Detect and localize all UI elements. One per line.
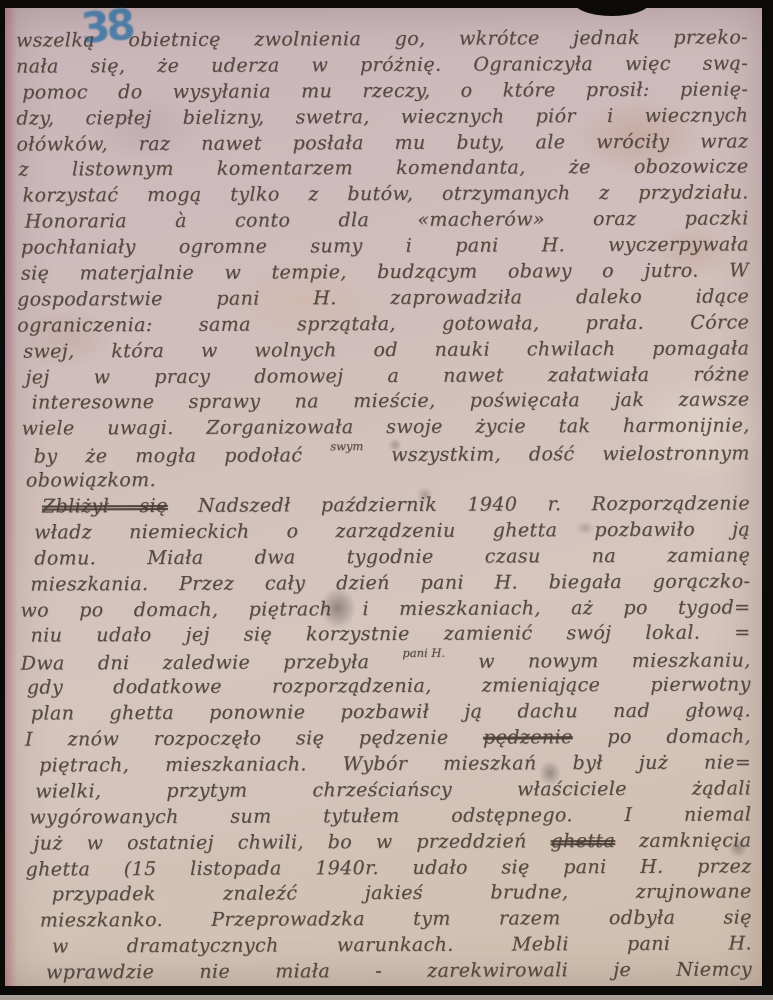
- handwritten-text: mieszkania. Przez cały dzień pani H. bie…: [30, 570, 750, 595]
- handwritten-text: po domach,: [573, 725, 751, 748]
- handwritten-text: gdy dodatkowe rozporządzenia, zmieniając…: [27, 674, 751, 699]
- inserted-text: swym: [330, 441, 363, 451]
- handwritten-text: wo po domach, piętrach i mieszkaniach, a…: [20, 596, 750, 621]
- handwritten-text: piętrach, mieszkaniach. Wybór mieszkań b…: [39, 751, 751, 776]
- manuscript-line: wygórowanych sum tytułem odstępnego. I n…: [19, 802, 751, 831]
- photo-bottom-edge: [0, 995, 773, 1000]
- handwritten-text: wszystkim, dość wielostronnym: [363, 443, 749, 467]
- handwritten-text: obowiązkom.: [26, 469, 156, 492]
- manuscript-page: 38 wszelką obietnicę zwolnienia go, wkró…: [5, 8, 762, 986]
- handwritten-text: już w ostatniej chwili, bo w przeddzień: [33, 830, 550, 854]
- handwritten-text: wszelką obietnicę zwolnienia go, wkrótce…: [16, 26, 748, 51]
- manuscript-line: domu. Miała dwa tygodnie czasu na zamian…: [18, 543, 750, 572]
- manuscript-line: mieszkanko. Przeprowadzka tym razem odby…: [20, 906, 752, 935]
- struck-text: ghetta: [550, 830, 615, 852]
- handwritten-text: Dwa dni zaledwie przebyła: [21, 651, 403, 675]
- manuscript-line: wszelką obietnicę zwolnienia go, wkrótce…: [16, 25, 748, 54]
- manuscript-line: pochłaniały ogromne sumy i pani H. wycze…: [17, 233, 749, 262]
- handwritten-text: nała się, że uderza w próżnię. Ograniczy…: [16, 52, 748, 77]
- manuscript-line: korzystać mogą tylko z butów, otrzymanyc…: [17, 181, 749, 210]
- handwritten-text: przypadek znaleźć jakieś brudne, zrujnow…: [52, 881, 752, 906]
- manuscript-line: plan ghetta ponownie pozbawił ją dachu n…: [19, 699, 751, 728]
- manuscript-line: już w ostatniej chwili, bo w przeddzień …: [19, 828, 751, 857]
- manuscript-line: dzy, ciepłej bielizny, swetra, wiecznych…: [16, 103, 748, 132]
- handwritten-text: dzy, ciepłej bielizny, swetra, wiecznych…: [16, 104, 748, 129]
- manuscript-line: ograniczenia: sama sprzątała, gotowała, …: [17, 310, 749, 339]
- manuscript-line: się materjalnie w tempie, budzącym obawy…: [17, 258, 749, 287]
- struck-text: Zbliżył się: [42, 495, 168, 518]
- manuscript-line: przypadek znaleźć jakieś brudne, zrujnow…: [20, 880, 752, 909]
- handwritten-text: w nowym mieszkaniu,: [445, 650, 751, 673]
- manuscript-line: pomoc do wysyłania mu rzeczy, o które pr…: [16, 77, 748, 106]
- handwritten-text: gospodarstwie pani H. zaprowadziła dalek…: [17, 285, 749, 310]
- manuscript-line: jej w pracy domowej a nawet załatwiała r…: [17, 362, 749, 391]
- handwritten-text: się materjalnie w tempie, budzącym obawy…: [21, 259, 749, 284]
- handwritten-text: ograniczenia: sama sprzątała, gotowała, …: [17, 311, 749, 336]
- manuscript-line: Honoraria à conto dla «macherów» oraz pa…: [17, 207, 749, 236]
- handwritten-text: zamknięcia: [615, 829, 751, 852]
- handwritten-text: pomoc do wysyłania mu rzeczy, o które pr…: [22, 78, 748, 103]
- manuscript-line: ołówków, raz nawet posłała mu buty, ale …: [16, 129, 748, 158]
- handwritten-text: z listownym komentarzem komendanta, że o…: [18, 156, 748, 181]
- manuscript-line: wiele uwagi. Zorganizowała swoje życie t…: [18, 414, 750, 443]
- manuscript-line: mieszkania. Przez cały dzień pani H. bie…: [18, 569, 750, 598]
- handwritten-text: swej, która w wolnych od nauki chwilach …: [23, 337, 749, 362]
- paper-edge-tint: [5, 8, 17, 986]
- manuscript-line: w dramatycznych warunkach. Mebli pani H.: [20, 932, 752, 961]
- manuscript-line: Zbliżył się Nadszedł październik 1940 r.…: [18, 491, 750, 520]
- handwritten-text: wprawdzie nie miała - zarekwirowali je N…: [46, 958, 752, 983]
- manuscript-line: wo po domach, piętrach i mieszkaniach, a…: [18, 595, 750, 624]
- manuscript-line: ghetta (15 listopada 1940r. udało się pa…: [20, 854, 752, 883]
- manuscript-line: wielki, przytym chrześciańscy właściciel…: [19, 776, 751, 805]
- photo-background: 38 wszelką obietnicę zwolnienia go, wkró…: [0, 0, 773, 1000]
- handwritten-text: korzystać mogą tylko z butów, otrzymanyc…: [23, 182, 749, 207]
- handwritten-text: ołówków, raz nawet posłała mu buty, ale …: [16, 130, 748, 155]
- manuscript-line: niu udało jej się korzystnie zamienić sw…: [19, 621, 751, 650]
- handwritten-text: jej w pracy domowej a nawet załatwiała r…: [25, 363, 749, 388]
- manuscript-text: wszelką obietnicę zwolnienia go, wkrótce…: [16, 25, 752, 986]
- handwritten-text: wygórowanych sum tytułem odstępnego. I n…: [29, 803, 751, 828]
- manuscript-line: gdy dodatkowe rozporządzenia, zmieniając…: [19, 673, 751, 702]
- handwritten-text: by że mogła podołać: [34, 444, 331, 467]
- handwritten-text: wielki, przytym chrześciańscy właściciel…: [35, 777, 751, 802]
- handwritten-text: Nadszedł październik 1940 r. Rozporządze…: [168, 492, 750, 517]
- handwritten-text: I znów rozpoczęło się pędzenie: [25, 727, 483, 751]
- handwritten-text: interesowne sprawy na mieście, poświęcał…: [31, 389, 749, 414]
- handwritten-text: wiele uwagi. Zorganizowała swoje życie t…: [22, 415, 750, 440]
- handwritten-text: władz niemieckich o zarządzeniu ghetta p…: [34, 518, 750, 543]
- handwritten-text: ghetta (15 listopada 1940r. udało się pa…: [26, 855, 752, 880]
- handwritten-text: niu udało jej się korzystnie zamienić sw…: [31, 622, 751, 647]
- handwritten-text: Honoraria à conto dla «macherów» oraz pa…: [25, 208, 749, 233]
- manuscript-line: swej, która w wolnych od nauki chwilach …: [17, 336, 749, 365]
- handwritten-text: pochłaniały ogromne sumy i pani H. wycze…: [21, 234, 749, 259]
- manuscript-line: obowiązkom.: [18, 466, 750, 495]
- manuscript-line: Dwa dni zaledwie przebyła pani H. w nowy…: [19, 647, 751, 676]
- inserted-text: pani H.: [402, 648, 445, 658]
- manuscript-line: władz niemieckich o zarządzeniu ghetta p…: [18, 517, 750, 546]
- manuscript-line: I znów rozpoczęło się pędzenie pędzenie …: [19, 724, 751, 753]
- manuscript-line: interesowne sprawy na mieście, poświęcał…: [17, 388, 749, 417]
- manuscript-line: gospodarstwie pani H. zaprowadziła dalek…: [17, 284, 749, 313]
- handwritten-text: mieszkanko. Przeprowadzka tym razem odby…: [40, 907, 752, 932]
- manuscript-line: by że mogła podołać swym wszystkim, dość…: [18, 440, 750, 469]
- handwritten-text: plan ghetta ponownie pozbawił ją dachu n…: [31, 700, 751, 725]
- manuscript-line: z listownym komentarzem komendanta, że o…: [16, 155, 748, 184]
- manuscript-line: wprawdzie nie miała - zarekwirowali je N…: [20, 957, 752, 986]
- manuscript-line: nała się, że uderza w próżnię. Ograniczy…: [16, 51, 748, 80]
- handwritten-text: w dramatycznych warunkach. Mebli pani H.: [52, 933, 752, 958]
- manuscript-line: piętrach, mieszkaniach. Wybór mieszkań b…: [19, 750, 751, 779]
- struck-text: pędzenie: [483, 726, 573, 748]
- handwritten-text: domu. Miała dwa tygodnie czasu na zamian…: [34, 544, 750, 569]
